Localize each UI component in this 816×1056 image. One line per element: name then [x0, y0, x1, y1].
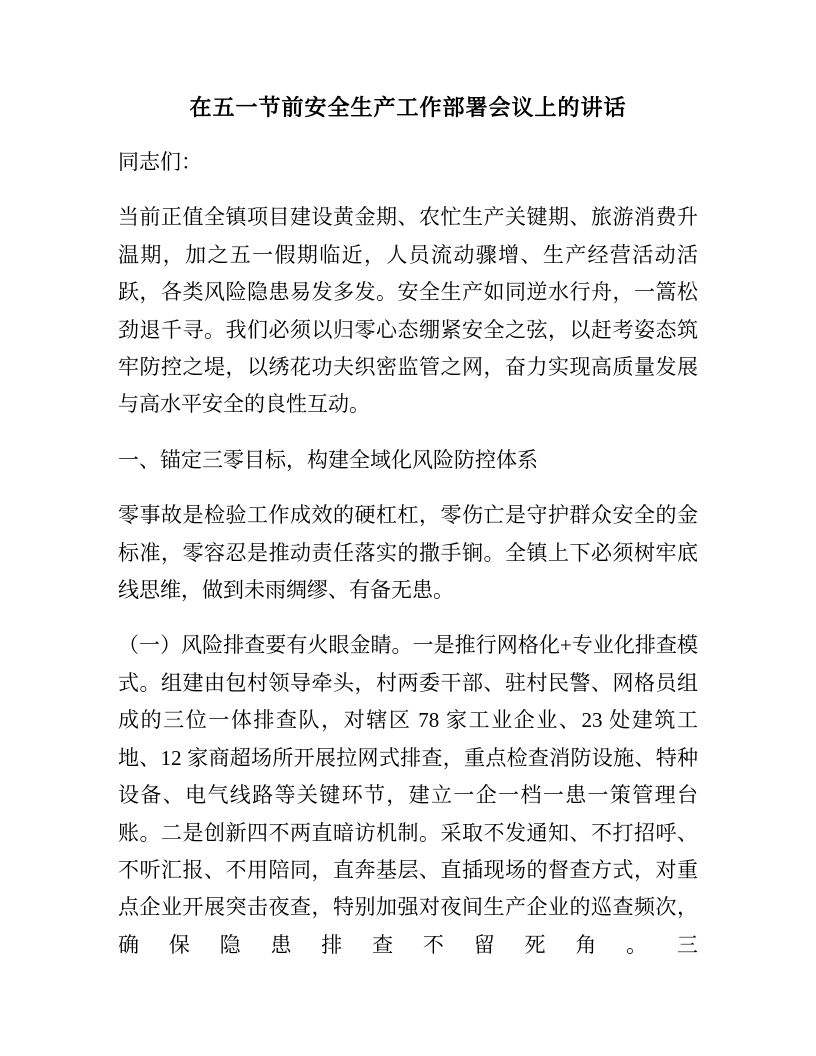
section-heading-1: 一、锚定三零目标，构建全域化风险防控体系: [118, 442, 698, 479]
paragraph-risk-inspection: （一）风险排查要有火眼金睛。一是推行网格化+专业化排查模式。组建由包村领导牵头，…: [118, 627, 698, 964]
paragraph-section1-lead: 零事故是检验工作成效的硬杠杠，零伤亡是守护群众安全的金标准，零容忍是推动责任落实…: [118, 497, 698, 609]
paragraph-intro: 当前正值全镇项目建设黄金期、农忙生产关键期、旅游消费升温期，加之五一假期临近，人…: [118, 199, 698, 423]
document-title: 在五一节前安全生产工作部署会议上的讲话: [118, 89, 698, 126]
salutation: 同志们：: [118, 144, 698, 181]
document-page: 在五一节前安全生产工作部署会议上的讲话 同志们： 当前正值全镇项目建设黄金期、农…: [0, 0, 816, 1056]
